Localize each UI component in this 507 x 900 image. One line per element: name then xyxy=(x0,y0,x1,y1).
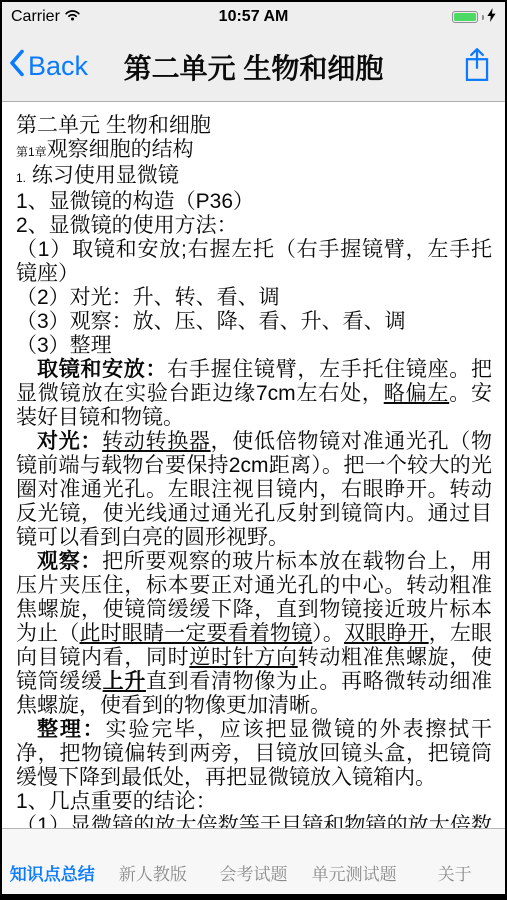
paragraph: 1、几点重要的结论： xyxy=(16,790,492,814)
text-segment: 2、显微镜的使用方法： xyxy=(16,214,238,237)
text-segment: 逆时针方向 xyxy=(189,646,297,669)
paragraph: 1、显微镜的构造（P36） xyxy=(16,190,492,214)
status-bar: Carrier 10:57 AM xyxy=(2,2,505,32)
text-segment: （3）整理 xyxy=(16,334,112,357)
text-segment: 第二单元 生物和细胞 xyxy=(16,114,211,137)
tab-about[interactable]: 关于 xyxy=(404,860,505,894)
paragraph: 整理：实验完毕，应该把显微镜的外表擦拭干净，把物镜偏转到两旁，目镜放回镜头盒，把… xyxy=(16,718,492,790)
battery-group xyxy=(452,8,496,27)
tab-bar: 知识点总结 新人教版 会考试题 单元测试题 关于 xyxy=(2,828,505,894)
paragraph: （3）观察：放、压、降、看、升、看、调 xyxy=(16,310,492,334)
paragraph: （3）整理 xyxy=(16,334,492,358)
paragraph: 观察：把所要观察的玻片标本放在载物台上，用压片夹压住，标本要正对通光孔的中心。转… xyxy=(16,550,492,718)
text-segment: 观察细胞的结构 xyxy=(47,138,194,161)
chapter-heading: 第1章观察细胞的结构 xyxy=(16,138,492,164)
tab-new-pep-edition[interactable]: 新人教版 xyxy=(103,860,204,894)
text-segment: 上升 xyxy=(103,670,146,693)
content-area[interactable]: 第二单元 生物和细胞 第1章观察细胞的结构 1. 练习使用显微镜 1、显微镜的构… xyxy=(2,102,505,828)
tab-unit-tests[interactable]: 单元测试题 xyxy=(304,860,405,894)
chevron-left-icon xyxy=(9,49,25,84)
text-segment: 整理： xyxy=(37,718,106,741)
back-label: Back xyxy=(28,51,88,82)
paragraph: （1）显微镜的放大倍数等于目镜和物镜的放大倍数的乘积 xyxy=(16,814,492,828)
unit-heading: 第二单元 生物和细胞 xyxy=(16,114,492,138)
clock-label: 10:57 AM xyxy=(2,8,505,26)
tab-exam-questions[interactable]: 会考试题 xyxy=(203,860,304,894)
share-button[interactable] xyxy=(462,46,492,87)
text-segment: （1）取镜和安放;右握左托（右手握镜臂，左手托镜座） xyxy=(16,238,492,285)
text-segment: （1）显微镜的放大倍数等于目镜和物镜的放大倍数的乘积 xyxy=(16,814,492,828)
battery-nub xyxy=(482,15,484,20)
paragraph: （1）取镜和安放;右握左托（右手握镜臂，左手托镜座） xyxy=(16,238,492,286)
tab-knowledge-points[interactable]: 知识点总结 xyxy=(2,860,103,894)
text-segment: 1. xyxy=(16,171,26,185)
text-segment: 第1章 xyxy=(16,145,47,159)
text-segment: 对光： xyxy=(37,430,102,453)
text-segment: 1、几点重要的结论： xyxy=(16,790,217,813)
app-screen: Carrier 10:57 AM 第二单元 生物和细胞 Back xyxy=(2,2,505,894)
text-segment: 略偏左 xyxy=(384,382,449,405)
lightning-bolt-icon xyxy=(487,8,496,27)
text-segment: 此时眼睛一定要看着物镜 xyxy=(79,622,312,645)
text-segment: 取镜和安放： xyxy=(37,358,167,381)
text-segment: 转动转换器 xyxy=(102,430,211,453)
text-segment: ）。 xyxy=(312,622,344,645)
paragraph: 对光：转动转换器，使低倍物镜对准通光孔（物镜前端与载物台要保持2cm距离）。把一… xyxy=(16,430,492,550)
paragraph: 2、显微镜的使用方法： xyxy=(16,214,492,238)
battery-charging-icon xyxy=(452,11,478,23)
text-segment: （3）观察：放、压、降、看、升、看、调 xyxy=(16,310,406,333)
section-heading: 1. 练习使用显微镜 xyxy=(16,164,492,190)
back-button[interactable]: Back xyxy=(2,49,96,84)
paragraph: 取镜和安放：右手握住镜臂，左手托住镜座。把显微镜放在实验台距边缘7cm左右处，略… xyxy=(16,358,492,430)
text-segment: （2）对光：升、转、看、调 xyxy=(16,286,280,309)
nav-bar: 第二单元 生物和细胞 Back xyxy=(2,32,505,102)
paragraph: （2）对光：升、转、看、调 xyxy=(16,286,492,310)
text-segment: 双眼睁开 xyxy=(344,622,429,645)
text-segment: 练习使用显微镜 xyxy=(26,164,179,187)
text-segment: 1、显微镜的构造（P36） xyxy=(16,190,254,213)
text-segment: 观察： xyxy=(37,550,102,573)
share-icon xyxy=(462,69,492,86)
